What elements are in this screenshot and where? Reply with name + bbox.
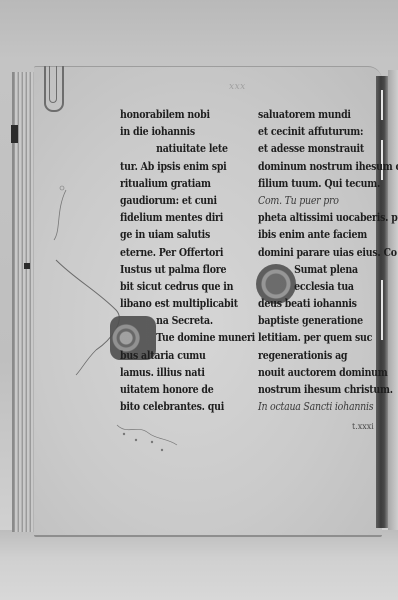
text-line: letitiam. per quem suc <box>258 329 398 346</box>
text-line: lamus. illius nati <box>120 364 255 381</box>
text-line: bito celebrantes. qui <box>120 398 255 415</box>
text-line: baptiste generatione <box>258 312 398 329</box>
folio-number: t.xxxi <box>352 422 374 431</box>
page-tab-marker <box>24 263 30 269</box>
text-line: ritualium gratiam <box>120 175 255 192</box>
text-line: eterne. Per Offertori <box>120 244 255 261</box>
text-line: domini parare uias eius. Co <box>258 244 398 261</box>
text-line: tur. Ab ipsis enim spi <box>120 158 255 175</box>
text-line: nostrum ihesum christum. <box>258 381 398 398</box>
text-line: fidelium mentes diri <box>120 209 255 226</box>
text-line: et adesse monstrauit <box>258 140 398 157</box>
text-line: uitatem honore de <box>120 381 255 398</box>
text-line: in die iohannis <box>120 123 255 140</box>
running-head: xxx <box>229 82 246 92</box>
text-line: et cecinit affuturum: <box>258 123 398 140</box>
manuscript-photo: xxx honorabilem nobi in die iohannis nat… <box>0 0 398 600</box>
table-surface <box>0 530 398 600</box>
text-line: ibis enim ante faciem <box>258 226 398 243</box>
text-line: nouit auctorem dominum <box>258 364 398 381</box>
text-line: natiuitate lete <box>120 140 255 157</box>
text-line: pheta altissimi uocaberis. pre <box>258 209 398 226</box>
text-line: ge in uiam salutis <box>120 226 255 243</box>
paper-clip-inner <box>49 66 57 103</box>
rubric-line: Com. Tu puer pro <box>258 192 398 209</box>
text-column-right: saluatorem mundi et cecinit affuturum: e… <box>258 106 398 415</box>
text-line: gaudiorum: et cuni <box>120 192 255 209</box>
text-line: bit sicut cedrus que in <box>120 278 255 295</box>
text-line: Tue domine muneri <box>120 329 255 346</box>
text-line: filium tuum. Qui tecum. <box>258 175 398 192</box>
text-line: ecclesia tua <box>258 278 398 295</box>
text-column-left: honorabilem nobi in die iohannis natiuit… <box>120 106 255 415</box>
text-line: Iustus ut palma flore <box>120 261 255 278</box>
text-line: honorabilem nobi <box>120 106 255 123</box>
text-line: dominum nostrum ihesum christum <box>258 158 398 175</box>
text-line: bus altaria cumu <box>120 347 255 364</box>
text-line: Sumat plena <box>258 261 398 278</box>
text-line: libano est multiplicabit <box>120 295 255 312</box>
text-line: deus beati iohannis <box>258 295 398 312</box>
page-tab-marker <box>11 125 18 143</box>
rubric-line: In octaua Sancti iohannis <box>258 398 398 415</box>
text-line: saluatorem mundi <box>258 106 398 123</box>
text-line: na Secreta. <box>120 312 255 329</box>
text-line: regenerationis ag <box>258 347 398 364</box>
